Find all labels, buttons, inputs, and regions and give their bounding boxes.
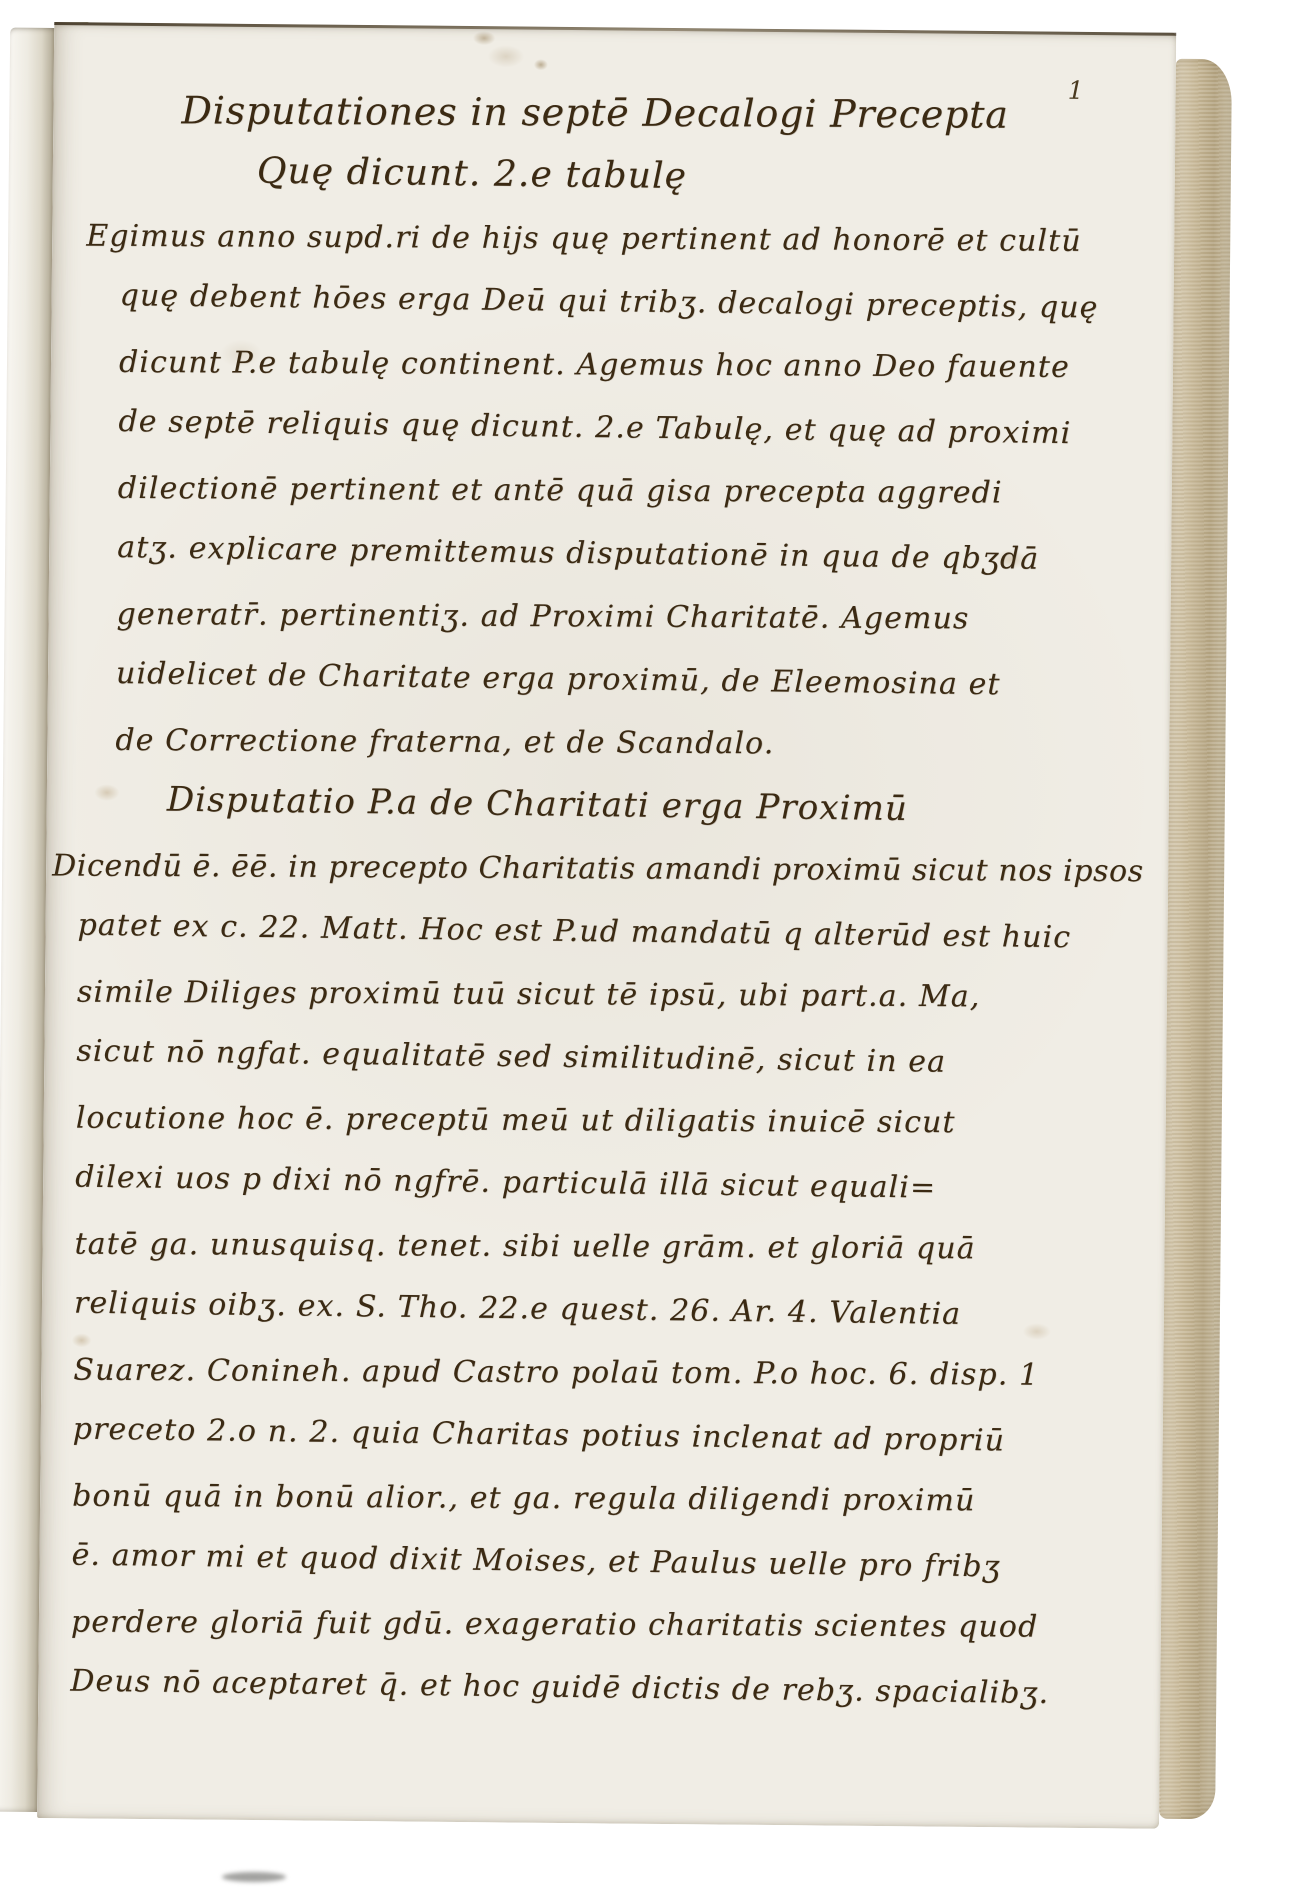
manuscript-line: generatr̄. pertinentiʒ. ad Proximi Chari… (116, 583, 1148, 651)
manuscript-line: de septē reliquis quę dicunt. 2.e Tabulę… (118, 390, 1151, 466)
manuscript-line: Suarez. Conineh. apud Castro polaū tom. … (73, 1339, 1141, 1408)
manuscript-line: tatē ga. unusquisq. tenet. sibi uelle gr… (74, 1213, 1142, 1282)
manuscript-line: dilexi uos p dixi nō ngfrē. particulā il… (75, 1146, 1144, 1223)
manuscript-line: bonū quā in bonū alior., et ga. regula d… (72, 1465, 1140, 1534)
manuscript-line: dilectionē pertinent et antē quā gisa pr… (118, 457, 1150, 525)
manuscript-line: uidelicet de Charitate erga proximū, de … (116, 642, 1149, 718)
manuscript-line: perdere gloriā fuit gdū. exageratio char… (71, 1591, 1139, 1660)
manuscript-line: simile Diliges proximū tuū sicut tē ipsū… (77, 961, 1145, 1030)
manuscript-line: Disputatio P.a de Charitati erga Proximū (166, 769, 1147, 844)
manuscript-line: atʒ. explicare premittemus disputationē … (117, 516, 1150, 592)
manuscript-line: Quę dicunt. 2.e tabulę (256, 140, 1153, 214)
manuscript-line: patet ex c. 22. Matt. Hoc est P.ud manda… (77, 894, 1146, 971)
manuscript-book: 1 Disputationes in septē Decalogi Precep… (0, 22, 1232, 1836)
manuscript-line: ē. amor mi et quod dixit Moises, et Paul… (71, 1524, 1140, 1601)
manuscript-line: sicut nō ngfat. equalitatē sed similitud… (76, 1020, 1145, 1097)
manuscript-line: Disputationes in septē Decalogi Precepta (181, 79, 1153, 147)
manuscript-line: Dicendū ē. ēē. in precepto Charitatis am… (52, 834, 1146, 903)
manuscript-line: locutione hoc ē. preceptū meū ut diligat… (76, 1087, 1144, 1156)
handwritten-text-block: Disputationes in septē Decalogi Precepta… (66, 76, 1154, 1724)
photo-artifact (222, 1872, 286, 1882)
manuscript-line: reliquis oibʒ. ex. S. Tho. 22.e quest. 2… (74, 1272, 1143, 1349)
manuscript-line: preceto 2.o n. 2. quia Charitas potius i… (72, 1398, 1141, 1475)
manuscript-page: 1 Disputationes in septē Decalogi Precep… (37, 22, 1176, 1829)
manuscript-line: Deus nō aceptaret q̄. et hoc guidē dicti… (70, 1650, 1139, 1727)
manuscript-line: de Correctione fraterna, et de Scandalo. (115, 709, 1147, 777)
manuscript-line: quę debent hōes erga Deū qui tribʒ. deca… (119, 264, 1152, 340)
manuscript-line: dicunt P.e tabulę continent. Agemus hoc … (119, 331, 1151, 399)
manuscript-line: Egimus anno supd.ri de hijs quę pertinen… (86, 205, 1152, 274)
